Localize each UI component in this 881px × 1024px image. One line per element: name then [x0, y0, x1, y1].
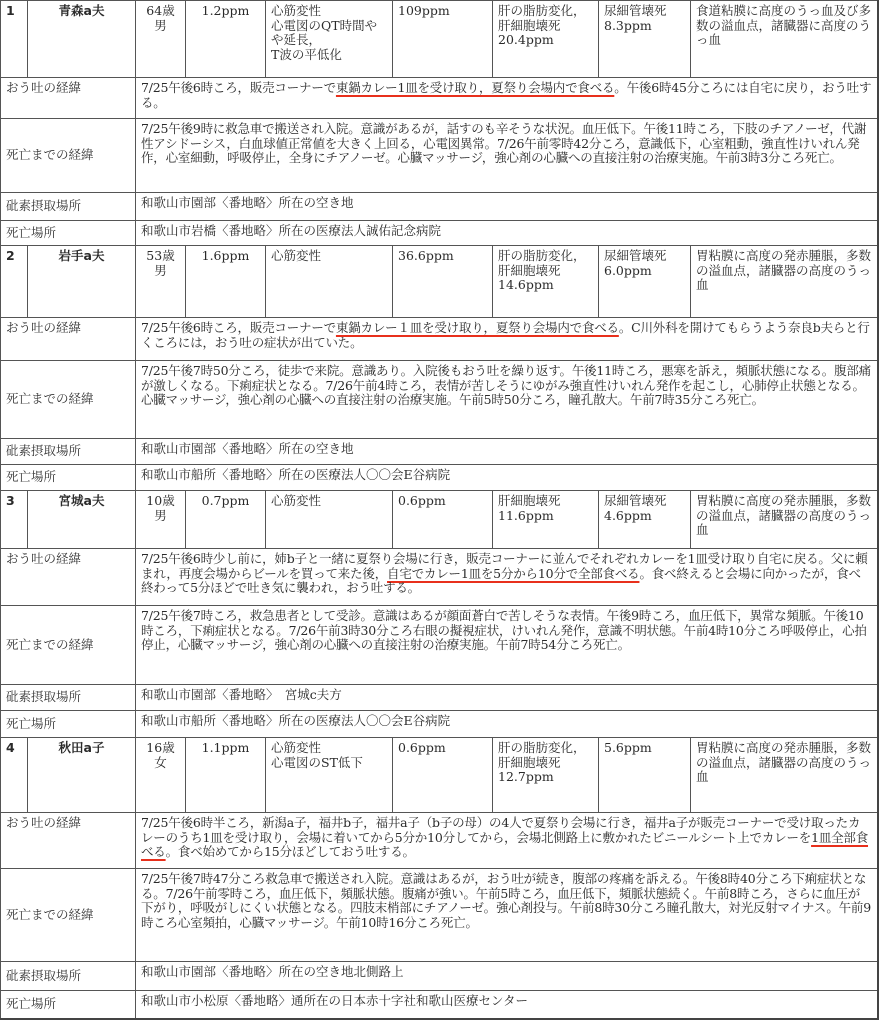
age-sex: 10歳 男 — [136, 491, 186, 549]
poisoning-case-table-document: 1 青森a夫 64歳 男 1.2ppm 心筋変性 心電図のQT時間やや延長， T… — [0, 0, 878, 1020]
ingestion-place-text: 和歌山市園部〈番地略〉 宮城c夫方 — [136, 685, 878, 711]
ingestion-place-text: 和歌山市園部〈番地略〉所在の空き地 — [136, 439, 878, 465]
death-course-label: 死亡までの経緯 — [1, 869, 136, 962]
vomiting-row: おう吐の経緯 7/25午後6時ころ，販売コーナーで東鍋カレー1皿を受け取り，夏祭… — [1, 78, 878, 119]
death-course-label: 死亡までの経緯 — [1, 119, 136, 193]
urine-arsenic: 0.6ppm — [393, 738, 493, 813]
death-place-row: 死亡場所 和歌山市船所〈番地略〉所在の医療法人〇〇会E谷病院 — [1, 711, 878, 738]
vomiting-pre: 7/25午後6時半ころ，新潟a子，福井b子，福井a子（b子の母）の4人で夏祭り会… — [141, 815, 860, 845]
vomiting-row: おう吐の経緯 7/25午後6時ころ，販売コーナーで東鍋カレー１皿を受け取り，夏祭… — [1, 318, 878, 361]
case-header-row: 1 青森a夫 64歳 男 1.2ppm 心筋変性 心電図のQT時間やや延長， T… — [1, 1, 878, 78]
heart-finding: 心筋変性 心電図のQT時間やや延長， T波の平低化 — [266, 1, 393, 78]
ingestion-place-text: 和歌山市園部〈番地略〉所在の空き地北側路上 — [136, 962, 878, 991]
blood-arsenic: 1.6ppm — [186, 246, 266, 318]
blood-arsenic: 1.1ppm — [186, 738, 266, 813]
death-place-row: 死亡場所 和歌山市小松原〈番地略〉通所在の日本赤十字社和歌山医療センター — [1, 991, 878, 1019]
death-place-text: 和歌山市岩橋〈番地略〉所在の医療法人誠佑記念病院 — [136, 221, 878, 246]
death-course-row: 死亡までの経緯 7/25午後7時ころ，救急患者として受診。意識はあるが顔面蒼白で… — [1, 606, 878, 685]
death-place-label: 死亡場所 — [1, 991, 136, 1019]
vomiting-label: おう吐の経緯 — [1, 813, 136, 869]
death-place-label: 死亡場所 — [1, 221, 136, 246]
death-place-text: 和歌山市船所〈番地略〉所在の医療法人〇〇会E谷病院 — [136, 711, 878, 738]
death-course-text: 7/25午後7時47分ころ救急車で搬送され入院。意識はあるが，おう吐が続き，腹部… — [136, 869, 878, 962]
vomiting-row: おう吐の経緯 7/25午後6時半ころ，新潟a子，福井b子，福井a子（b子の母）の… — [1, 813, 878, 869]
underlined-key-phrase: 東鍋カレー1皿を受け取り，夏祭り会場内で食べる — [336, 80, 614, 95]
ingestion-place-label: 砒素摂取場所 — [1, 439, 136, 465]
ingestion-place-text: 和歌山市園部〈番地略〉所在の空き地 — [136, 193, 878, 221]
ingestion-place-row: 砒素摂取場所 和歌山市園部〈番地略〉所在の空き地 — [1, 439, 878, 465]
case-number: 4 — [1, 738, 28, 813]
gi-finding: 胃粘膜に高度の発赤腫脹，多数の溢血点，諸臓器の高度のうっ血 — [691, 738, 878, 813]
heart-finding: 心筋変性 — [266, 246, 393, 318]
kidney-finding: 5.6ppm — [599, 738, 691, 813]
case-header-row: 4 秋田a子 16歳 女 1.1ppm 心筋変性 心電図のST低下 0.6ppm… — [1, 738, 878, 813]
blood-arsenic: 0.7ppm — [186, 491, 266, 549]
vomiting-label: おう吐の経緯 — [1, 549, 136, 606]
liver-finding: 肝の脂肪変化，肝細胞壊死 20.4ppm — [493, 1, 599, 78]
death-place-row: 死亡場所 和歌山市岩橋〈番地略〉所在の医療法人誠佑記念病院 — [1, 221, 878, 246]
case-table: 1 青森a夫 64歳 男 1.2ppm 心筋変性 心電図のQT時間やや延長， T… — [0, 0, 879, 1020]
vomiting-text: 7/25午後6時少し前に，姉b子と一緒に夏祭り会場に行き，販売コーナーに並んでそ… — [136, 549, 878, 606]
liver-finding: 肝の脂肪変化，肝細胞壊死 14.6ppm — [493, 246, 599, 318]
ingestion-place-label: 砒素摂取場所 — [1, 685, 136, 711]
victim-name: 秋田a子 — [28, 738, 136, 813]
liver-finding: 肝細胞壊死 11.6ppm — [493, 491, 599, 549]
ingestion-place-label: 砒素摂取場所 — [1, 193, 136, 221]
vomiting-text: 7/25午後6時ころ，販売コーナーで東鍋カレー１皿を受け取り，夏祭り会場内で食べ… — [136, 318, 878, 361]
kidney-finding: 尿細管壊死 4.6ppm — [599, 491, 691, 549]
underlined-key-phrase: 自宅でカレー1皿を5分から10分で全部食べる — [387, 566, 639, 581]
heart-finding: 心筋変性 心電図のST低下 — [266, 738, 393, 813]
death-place-text: 和歌山市船所〈番地略〉所在の医療法人〇〇会E谷病院 — [136, 465, 878, 491]
liver-finding: 肝の脂肪変化，肝細胞壊死 12.7ppm — [493, 738, 599, 813]
death-course-text: 7/25午後7時50分ころ，徒歩で来院。意識あり。入院後もおう吐を繰り返す。午後… — [136, 361, 878, 439]
vomiting-post: 。食べ始めてから15分ほどしておう吐する。 — [166, 844, 415, 859]
case-header-row: 3 宮城a夫 10歳 男 0.7ppm 心筋変性 0.6ppm 肝細胞壊死 11… — [1, 491, 878, 549]
case-number: 3 — [1, 491, 28, 549]
death-place-text: 和歌山市小松原〈番地略〉通所在の日本赤十字社和歌山医療センター — [136, 991, 878, 1019]
vomiting-pre: 7/25午後6時ころ，販売コーナーで — [141, 80, 336, 95]
age-sex: 64歳 男 — [136, 1, 186, 78]
age-sex: 16歳 女 — [136, 738, 186, 813]
death-place-label: 死亡場所 — [1, 465, 136, 491]
ingestion-place-row: 砒素摂取場所 和歌山市園部〈番地略〉所在の空き地 — [1, 193, 878, 221]
vomiting-pre: 7/25午後6時ころ，販売コーナーで — [141, 320, 336, 335]
victim-name: 岩手a夫 — [28, 246, 136, 318]
gi-finding: 胃粘膜に高度の発赤腫脹，多数の溢血点，諸臓器の高度のうっ血 — [691, 491, 878, 549]
kidney-finding: 尿細管壊死 6.0ppm — [599, 246, 691, 318]
death-course-label: 死亡までの経緯 — [1, 606, 136, 685]
death-course-row: 死亡までの経緯 7/25午後9時に救急車で搬送され入院。意識があるが，話すのも辛… — [1, 119, 878, 193]
age-sex: 53歳 男 — [136, 246, 186, 318]
vomiting-row: おう吐の経緯 7/25午後6時少し前に，姉b子と一緒に夏祭り会場に行き，販売コー… — [1, 549, 878, 606]
death-place-row: 死亡場所 和歌山市船所〈番地略〉所在の医療法人〇〇会E谷病院 — [1, 465, 878, 491]
death-course-row: 死亡までの経緯 7/25午後7時47分ころ救急車で搬送され入院。意識はあるが，お… — [1, 869, 878, 962]
victim-name: 宮城a夫 — [28, 491, 136, 549]
victim-name: 青森a夫 — [28, 1, 136, 78]
ingestion-place-label: 砒素摂取場所 — [1, 962, 136, 991]
urine-arsenic: 109ppm — [393, 1, 493, 78]
ingestion-place-row: 砒素摂取場所 和歌山市園部〈番地略〉 宮城c夫方 — [1, 685, 878, 711]
heart-finding: 心筋変性 — [266, 491, 393, 549]
ingestion-place-row: 砒素摂取場所 和歌山市園部〈番地略〉所在の空き地北側路上 — [1, 962, 878, 991]
vomiting-text: 7/25午後6時ころ，販売コーナーで東鍋カレー1皿を受け取り，夏祭り会場内で食べ… — [136, 78, 878, 119]
kidney-finding: 尿細管壊死 8.3ppm — [599, 1, 691, 78]
gi-finding: 食道粘膜に高度のうっ血及び多数の溢血点，諸臓器に高度のうっ血 — [691, 1, 878, 78]
case-number: 1 — [1, 1, 28, 78]
underlined-key-phrase: 東鍋カレー１皿を受け取り，夏祭り会場内で食べる — [336, 320, 619, 335]
death-course-text: 7/25午後7時ころ，救急患者として受診。意識はあるが顔面蒼白で苦しそうな表情。… — [136, 606, 878, 685]
urine-arsenic: 0.6ppm — [393, 491, 493, 549]
vomiting-label: おう吐の経緯 — [1, 318, 136, 361]
death-place-label: 死亡場所 — [1, 711, 136, 738]
urine-arsenic: 36.6ppm — [393, 246, 493, 318]
blood-arsenic: 1.2ppm — [186, 1, 266, 78]
vomiting-label: おう吐の経緯 — [1, 78, 136, 119]
gi-finding: 胃粘膜に高度の発赤腫脹，多数の溢血点，諸臓器の高度のうっ血 — [691, 246, 878, 318]
death-course-text: 7/25午後9時に救急車で搬送され入院。意識があるが，話すのも辛そうな状況。血圧… — [136, 119, 878, 193]
death-course-row: 死亡までの経緯 7/25午後7時50分ころ，徒歩で来院。意識あり。入院後もおう吐… — [1, 361, 878, 439]
death-course-label: 死亡までの経緯 — [1, 361, 136, 439]
case-header-row: 2 岩手a夫 53歳 男 1.6ppm 心筋変性 36.6ppm 肝の脂肪変化，… — [1, 246, 878, 318]
vomiting-text: 7/25午後6時半ころ，新潟a子，福井b子，福井a子（b子の母）の4人で夏祭り会… — [136, 813, 878, 869]
case-number: 2 — [1, 246, 28, 318]
